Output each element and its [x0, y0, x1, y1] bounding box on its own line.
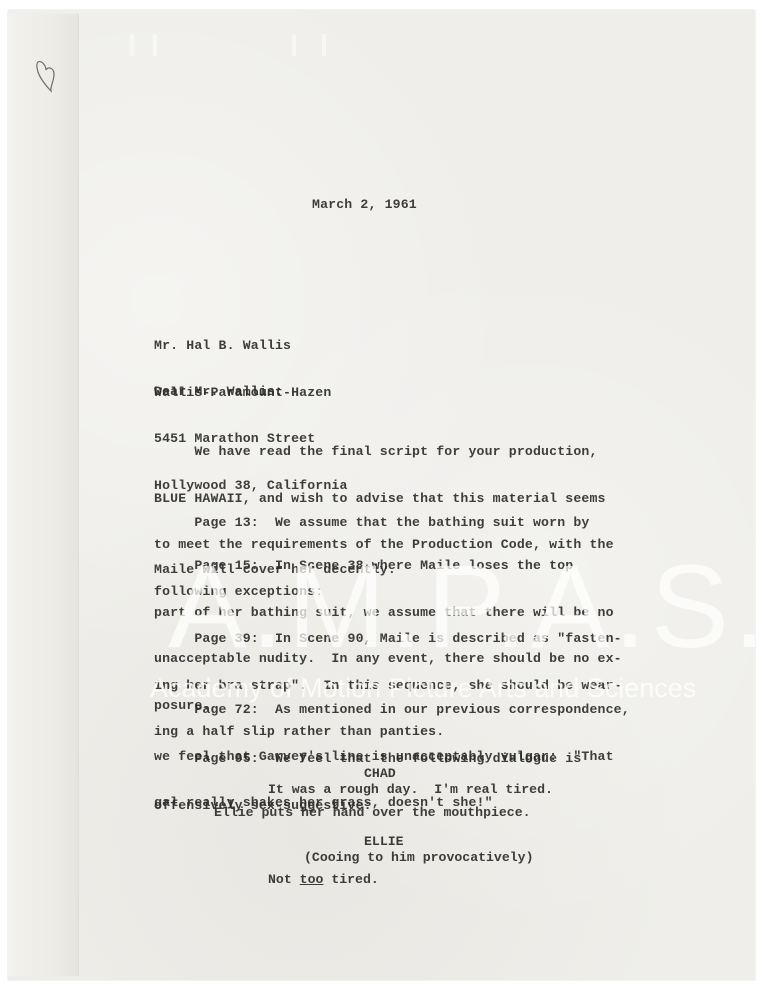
text-line: We have read the final script for your p…	[154, 444, 614, 460]
letter-date: March 2, 1961	[312, 197, 417, 213]
dialogue-text: Not	[268, 872, 300, 887]
text-line: Page 95: We feel that the following dial…	[154, 751, 581, 767]
dialogue-line-chad: It was a rough day. I'm real tired.	[268, 782, 553, 798]
dialogue-action: Ellie puts her hand over the mouthpiece.	[214, 805, 531, 821]
dialogue-speaker-ellie: ELLIE	[364, 834, 404, 850]
pencil-heart-icon	[34, 58, 58, 94]
dialogue-parenthetical: (Cooing to him provocatively)	[304, 850, 534, 866]
text-line: Page 15: In Scene 38 where Maile loses t…	[154, 558, 622, 574]
salutation: Dear Mr. Wallis:	[154, 384, 283, 400]
address-line: Mr. Hal B. Wallis	[154, 338, 348, 354]
paper-edge-strip	[8, 14, 79, 976]
dialogue-speaker-chad: CHAD	[364, 766, 396, 782]
dialogue-line-ellie: Not too tired.	[268, 872, 379, 888]
text-line: Page 39: In Scene 90, Maile is described…	[154, 631, 622, 647]
staple-hole-mark	[153, 34, 157, 56]
dialogue-text: tired.	[323, 872, 378, 887]
staple-hole-mark	[130, 34, 134, 56]
staple-hole-mark	[322, 34, 326, 56]
staple-hole-mark	[292, 34, 296, 56]
text-line: Page 72: As mentioned in our previous co…	[154, 702, 630, 718]
dialogue-emphasis: too	[300, 872, 324, 887]
